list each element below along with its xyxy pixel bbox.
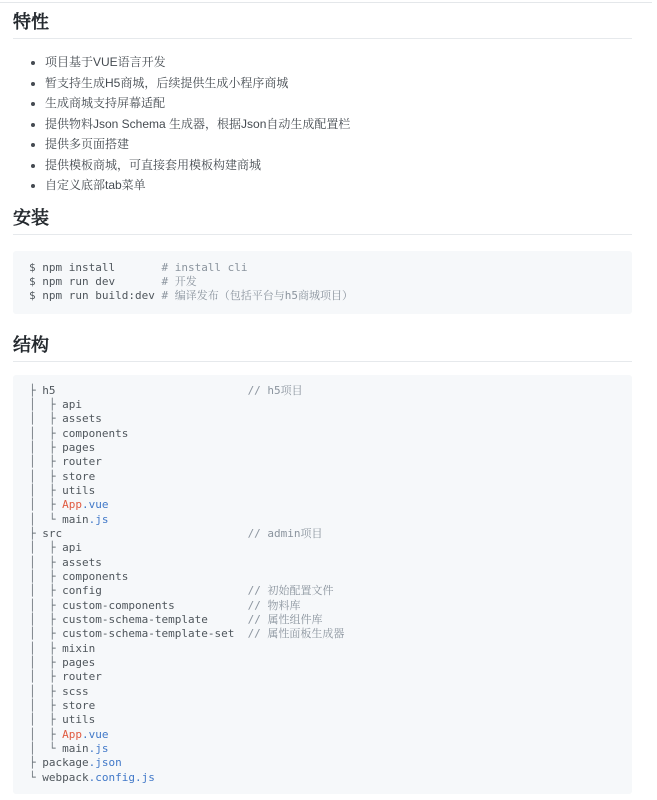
tree-line: ├ h5 // h5项目 [29, 384, 616, 398]
structure-heading: 结构 [13, 335, 632, 362]
code-line: $ npm install # install cli [29, 261, 616, 275]
tree-comment: // 初始配置文件 [248, 584, 334, 597]
install-heading: 安装 [13, 208, 632, 235]
tree-line: │ ├ components [29, 427, 616, 441]
tree-line: │ ├ pages [29, 441, 616, 455]
tree-branch-glyph: │ ├ [29, 670, 62, 683]
tree-branch-glyph: │ ├ [29, 498, 62, 511]
structure-tree-block: ├ h5 // h5项目│ ├ api│ ├ assets│ ├ compone… [13, 375, 632, 795]
tree-node-name: api [62, 541, 82, 554]
tree-line: │ ├ config // 初始配置文件 [29, 584, 616, 598]
tree-line: │ └ main.js [29, 513, 616, 527]
install-code-block: $ npm install # install cli$ npm run dev… [13, 251, 632, 314]
feature-item: 项目基于VUE语言开发 [45, 52, 632, 73]
tree-comment: // h5项目 [248, 384, 303, 397]
features-heading: 特性 [13, 12, 632, 39]
tree-node-name: components [62, 427, 128, 440]
tree-branch-glyph: ├ [29, 384, 42, 397]
tree-branch-glyph: └ [29, 771, 42, 784]
tree-node-name: pages [62, 441, 95, 454]
tree-branch-glyph: │ ├ [29, 556, 62, 569]
tree-line: │ ├ assets [29, 556, 616, 570]
tree-node-name: api [62, 398, 82, 411]
tree-comment: // admin项目 [248, 527, 323, 540]
tree-branch-glyph: │ ├ [29, 484, 62, 497]
tree-line: │ ├ router [29, 455, 616, 469]
tree-node-name: custom-schema-template [62, 613, 208, 626]
tree-comment: // 属性面板生成器 [248, 627, 345, 640]
feature-item: 提供物料Json Schema 生成器，根据Json自动生成配置栏 [45, 114, 632, 135]
tree-node-extension: .js [89, 513, 109, 526]
tree-line: │ ├ store [29, 470, 616, 484]
feature-item: 自定义底部tab菜单 [45, 175, 632, 196]
features-list: 项目基于VUE语言开发暂支持生成H5商城，后续提供生成小程序商城生成商城支持屏幕… [13, 52, 632, 196]
code-comment: # install cli [161, 261, 247, 274]
tree-branch-glyph: ├ [29, 527, 42, 540]
tree-line: ├ package.json [29, 756, 616, 770]
tree-node-extension: .config [89, 771, 135, 784]
feature-item: 提供多页面搭建 [45, 134, 632, 155]
tree-node-name: components [62, 570, 128, 583]
tree-branch-glyph: │ ├ [29, 685, 62, 698]
feature-item: 生成商城支持屏幕适配 [45, 93, 632, 114]
tree-line: │ ├ App.vue [29, 498, 616, 512]
feature-item: 暂支持生成H5商城，后续提供生成小程序商城 [45, 73, 632, 94]
tree-branch-glyph: │ └ [29, 742, 62, 755]
tree-branch-glyph: │ ├ [29, 455, 62, 468]
tree-line: │ ├ App.vue [29, 728, 616, 742]
tree-node-name: store [62, 699, 95, 712]
page-top-divider [0, 2, 652, 3]
tree-line: │ ├ utils [29, 484, 616, 498]
code-comment: # 编译发布（包括平台与h5商城项目） [161, 289, 353, 302]
tree-branch-glyph: │ ├ [29, 470, 62, 483]
tree-node-name: store [62, 470, 95, 483]
tree-branch-glyph: │ ├ [29, 541, 62, 554]
tree-branch-glyph: │ ├ [29, 398, 62, 411]
feature-item: 提供模板商城，可直接套用模板构建商城 [45, 155, 632, 176]
tree-branch-glyph: │ ├ [29, 713, 62, 726]
tree-node-name: custom-schema-template-set [62, 627, 234, 640]
tree-branch-glyph: │ ├ [29, 441, 62, 454]
tree-node-name: assets [62, 556, 102, 569]
tree-node-name: config [62, 584, 102, 597]
tree-line: │ ├ scss [29, 685, 616, 699]
tree-node-name: utils [62, 713, 95, 726]
tree-line: │ ├ assets [29, 412, 616, 426]
tree-branch-glyph: │ └ [29, 513, 62, 526]
tree-branch-glyph: │ ├ [29, 728, 62, 741]
tree-comment: // 属性组件库 [248, 613, 323, 626]
tree-branch-glyph: │ ├ [29, 412, 62, 425]
tree-line: │ └ main.js [29, 742, 616, 756]
code-line: $ npm run build:dev # 编译发布（包括平台与h5商城项目） [29, 289, 616, 303]
tree-node-extension: .json [89, 756, 122, 769]
tree-node-name: src [42, 527, 62, 540]
tree-node-name: h5 [42, 384, 55, 397]
code-line: $ npm run dev # 开发 [29, 275, 616, 289]
tree-node-name: App [62, 498, 82, 511]
tree-line: │ ├ custom-schema-template-set // 属性面板生成… [29, 627, 616, 641]
tree-line: │ ├ mixin [29, 642, 616, 656]
tree-line: │ ├ router [29, 670, 616, 684]
tree-node-name: assets [62, 412, 102, 425]
tree-node-extension: .vue [82, 728, 109, 741]
section-features: 特性 项目基于VUE语言开发暂支持生成H5商城，后续提供生成小程序商城生成商城支… [13, 12, 632, 196]
tree-comment: // 物料库 [248, 599, 301, 612]
tree-branch-glyph: │ ├ [29, 584, 62, 597]
tree-node-extension: .js [89, 742, 109, 755]
tree-node-extension: .vue [82, 498, 109, 511]
tree-node-name: App [62, 728, 82, 741]
tree-branch-glyph: │ ├ [29, 613, 62, 626]
tree-line: │ ├ store [29, 699, 616, 713]
tree-line: │ ├ custom-components // 物料库 [29, 599, 616, 613]
tree-node-name: router [62, 455, 102, 468]
section-structure: 结构 ├ h5 // h5项目│ ├ api│ ├ assets│ ├ comp… [13, 335, 632, 795]
tree-line: │ ├ custom-schema-template // 属性组件库 [29, 613, 616, 627]
tree-line: │ ├ utils [29, 713, 616, 727]
tree-node-name: router [62, 670, 102, 683]
tree-branch-glyph: │ ├ [29, 570, 62, 583]
tree-node-name: package [42, 756, 88, 769]
tree-line: ├ src // admin项目 [29, 527, 616, 541]
tree-branch-glyph: │ ├ [29, 427, 62, 440]
tree-branch-glyph: │ ├ [29, 656, 62, 669]
tree-line: └ webpack.config.js [29, 771, 616, 785]
tree-node-name: pages [62, 656, 95, 669]
tree-node-name: main [62, 742, 89, 755]
tree-line: │ ├ pages [29, 656, 616, 670]
tree-line: │ ├ components [29, 570, 616, 584]
readme-content: 特性 项目基于VUE语言开发暂支持生成H5商城，后续提供生成小程序商城生成商城支… [0, 0, 657, 794]
code-comment: # 开发 [161, 275, 196, 288]
tree-node-name: utils [62, 484, 95, 497]
tree-branch-glyph: ├ [29, 756, 42, 769]
tree-node-name: custom-components [62, 599, 175, 612]
tree-node-name: scss [62, 685, 89, 698]
tree-node-name: webpack [42, 771, 88, 784]
tree-branch-glyph: │ ├ [29, 599, 62, 612]
tree-line: │ ├ api [29, 398, 616, 412]
tree-node-name: mixin [62, 642, 95, 655]
tree-node-name: main [62, 513, 89, 526]
tree-branch-glyph: │ ├ [29, 699, 62, 712]
tree-line: │ ├ api [29, 541, 616, 555]
tree-branch-glyph: │ ├ [29, 627, 62, 640]
tree-node-extension: .js [135, 771, 155, 784]
tree-branch-glyph: │ ├ [29, 642, 62, 655]
section-install: 安装 $ npm install # install cli$ npm run … [13, 208, 632, 314]
